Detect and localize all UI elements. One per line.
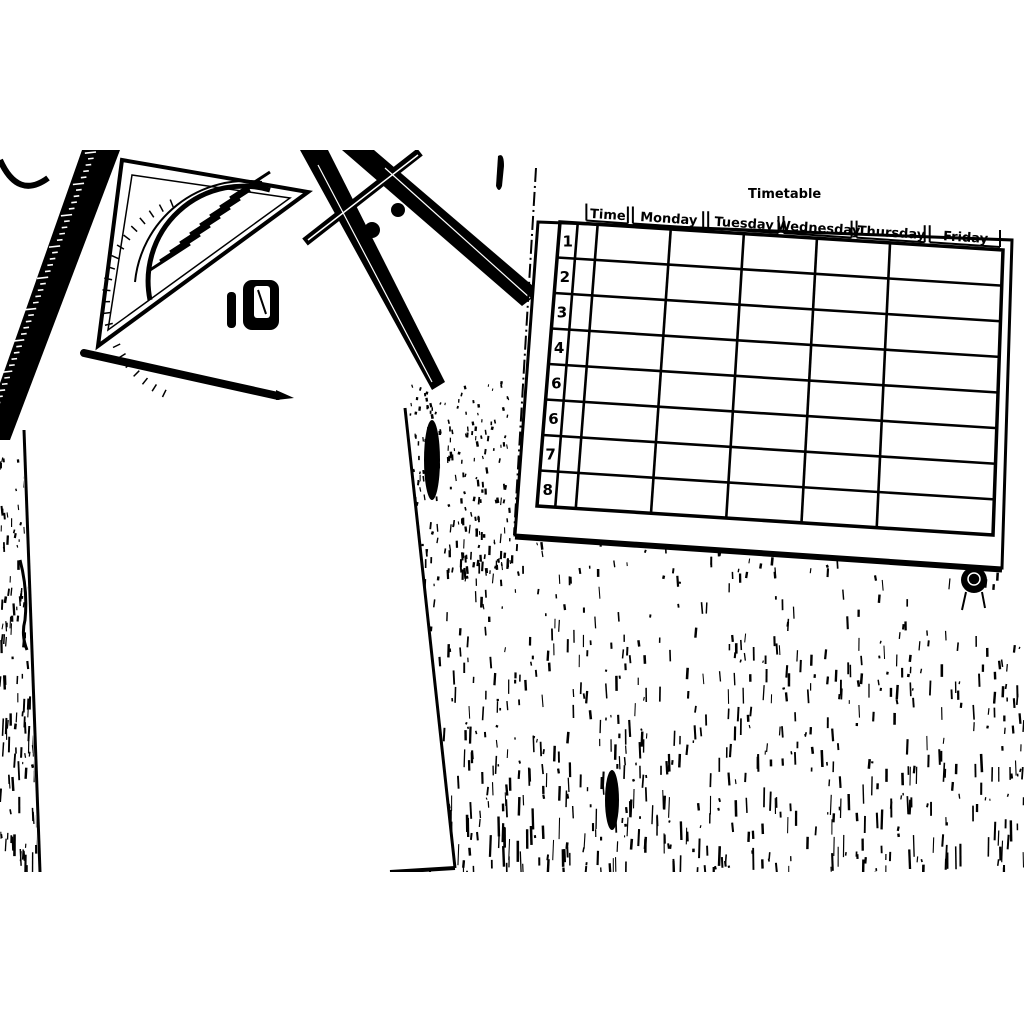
timetable-row-number: 2 bbox=[560, 268, 570, 286]
timetable-row-number: 1 bbox=[562, 232, 572, 250]
desk-scene: Timetable TimeMondayTuesdayWednesdayThur… bbox=[0, 150, 1024, 872]
eraser bbox=[227, 292, 236, 328]
curved-object-edge bbox=[0, 160, 48, 186]
timetable-row-number: 3 bbox=[557, 303, 567, 321]
timetable-row-number: 4 bbox=[554, 339, 564, 357]
timetable-row-number: 8 bbox=[543, 481, 553, 499]
timetable-row-number: 6 bbox=[548, 410, 558, 428]
ruler bbox=[0, 150, 120, 440]
pencil-sharpener bbox=[243, 280, 279, 330]
pencil bbox=[84, 353, 294, 400]
timetable-title: Timetable bbox=[748, 187, 821, 202]
timetable-row-number: 6 bbox=[551, 374, 561, 392]
pushpin bbox=[961, 567, 987, 610]
compass-divider bbox=[300, 150, 540, 390]
timetable-sheet: Timetable TimeMondayTuesdayWednesdayThur… bbox=[515, 187, 1012, 570]
timetable-row-number: 7 bbox=[545, 445, 555, 463]
blank-paper-sheet bbox=[20, 405, 455, 872]
